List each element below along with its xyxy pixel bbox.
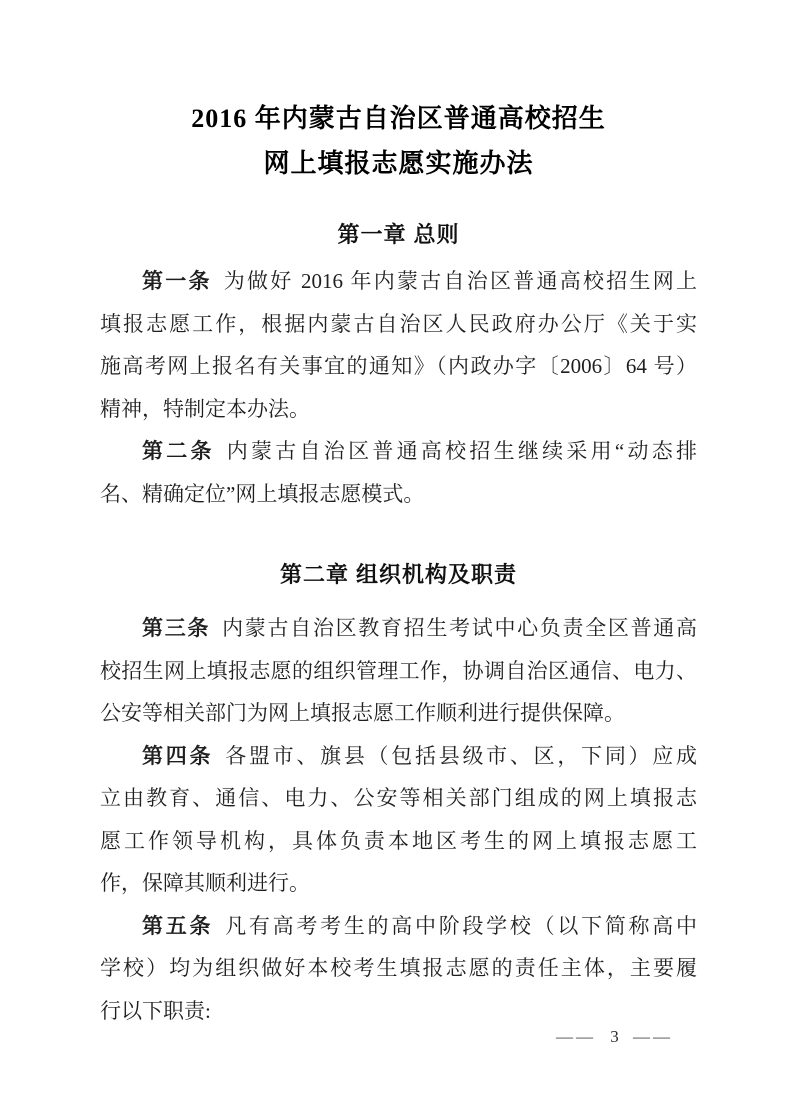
article-5: 第五条凡有高考考生的高中阶段学校（以下简称高中 学校）均为组织做好本校考生填报志…: [100, 905, 697, 1033]
article-5-line-1: 第五条凡有高考考生的高中阶段学校（以下简称高中: [100, 905, 697, 948]
page-number-footer: —— 3 ——: [556, 1027, 673, 1047]
article-4-lead: 第四条: [142, 744, 213, 768]
article-2-line-2: 名、精确定位”网上填报志愿模式。: [100, 473, 697, 516]
article-1: 第一条为做好 2016 年内蒙古自治区普通高校招生网上 填报志愿工作，根据内蒙古…: [100, 260, 697, 430]
article-3-line-1-text: 内蒙古自治区教育招生考试中心负责全区普通高: [222, 616, 697, 640]
document-title: 2016 年内蒙古自治区普通高校招生 网上填报志愿实施办法: [100, 96, 697, 186]
article-1-line-2: 填报志愿工作，根据内蒙古自治区人民政府办公厅《关于实: [100, 303, 697, 346]
article-4-line-3: 愿工作领导机构，具体负责本地区考生的网上填报志愿工: [100, 820, 697, 863]
article-3: 第三条内蒙古自治区教育招生考试中心负责全区普通高 校招生网上填报志愿的组织管理工…: [100, 607, 697, 735]
article-1-line-1: 第一条为做好 2016 年内蒙古自治区普通高校招生网上: [100, 260, 697, 303]
article-1-line-4: 精神，特制定本办法。: [100, 388, 697, 431]
article-1-line-3: 施高考网上报名有关事宜的通知》（内政办字〔2006〕64 号）: [100, 345, 697, 388]
article-3-line-2: 校招生网上填报志愿的组织管理工作，协调自治区通信、电力、: [100, 650, 697, 693]
article-3-line-1: 第三条内蒙古自治区教育招生考试中心负责全区普通高: [100, 607, 697, 650]
chapter-2-heading: 第二章 组织机构及职责: [100, 559, 697, 591]
title-line-2: 网上填报志愿实施办法: [100, 141, 697, 186]
article-3-line-3: 公安等相关部门为网上填报志愿工作顺利进行提供保障。: [100, 692, 697, 735]
article-4-line-4: 作，保障其顺利进行。: [100, 862, 697, 905]
footer-dash-right: ——: [633, 1027, 673, 1046]
article-3-lead: 第三条: [142, 616, 210, 640]
article-5-line-2: 学校）均为组织做好本校考生填报志愿的责任主体，主要履: [100, 947, 697, 990]
chapter-1-heading: 第一章 总则: [100, 219, 697, 251]
article-1-line-1-text: 为做好 2016 年内蒙古自治区普通高校招生网上: [224, 269, 697, 293]
article-2-line-1-text: 内蒙古自治区普通高校招生继续采用“动态排: [227, 439, 697, 463]
article-2-lead: 第二条: [142, 439, 215, 463]
article-4-line-1-text: 各盟市、旗县（包括县级市、区，下同）应成: [225, 744, 697, 768]
article-4-line-1: 第四条各盟市、旗县（包括县级市、区，下同）应成: [100, 735, 697, 778]
article-4: 第四条各盟市、旗县（包括县级市、区，下同）应成 立由教育、通信、电力、公安等相关…: [100, 735, 697, 905]
page-number: 3: [610, 1027, 619, 1046]
article-5-lead: 第五条: [142, 914, 213, 938]
article-5-line-3: 行以下职责:: [100, 990, 697, 1033]
title-line-1: 2016 年内蒙古自治区普通高校招生: [100, 96, 697, 141]
article-1-lead: 第一条: [142, 269, 212, 293]
document-page: 2016 年内蒙古自治区普通高校招生 网上填报志愿实施办法 第一章 总则 第一条…: [0, 0, 785, 1111]
footer-dash-left: ——: [556, 1027, 596, 1046]
article-2-line-1: 第二条内蒙古自治区普通高校招生继续采用“动态排: [100, 430, 697, 473]
article-2: 第二条内蒙古自治区普通高校招生继续采用“动态排 名、精确定位”网上填报志愿模式。: [100, 430, 697, 515]
article-4-line-2: 立由教育、通信、电力、公安等相关部门组成的网上填报志: [100, 777, 697, 820]
article-5-line-1-text: 凡有高考考生的高中阶段学校（以下简称高中: [225, 914, 697, 938]
